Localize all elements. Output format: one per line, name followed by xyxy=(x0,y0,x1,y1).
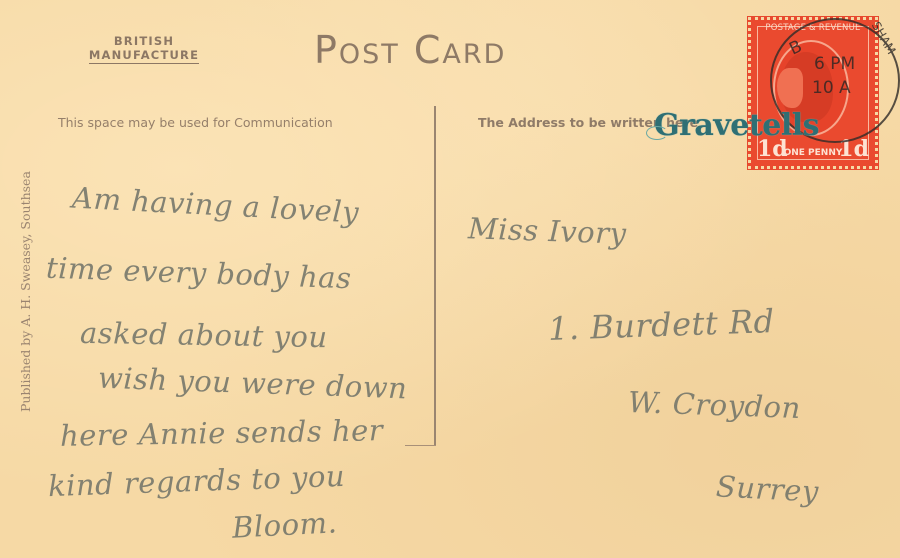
signature: Bloom. xyxy=(231,505,338,544)
brand-line-1: BRITISH xyxy=(74,34,214,48)
address-recipient: Miss Ivory xyxy=(467,211,627,251)
postmark-date: 10 A xyxy=(812,78,851,98)
message-line: asked about you xyxy=(80,316,328,354)
message-line: Am having a lovely xyxy=(71,181,360,230)
message-line: time every body has xyxy=(45,251,352,296)
communication-label: This space may be used for Communication xyxy=(58,115,333,130)
gravetells-watermark-logo: Gravetells xyxy=(654,108,819,143)
address-street: 1. Burdett Rd xyxy=(547,302,775,348)
divider-foot-line xyxy=(405,445,436,446)
message-line: wish you were down xyxy=(98,361,408,406)
postcard-back: BRITISH MANUFACTURE Post Card This space… xyxy=(0,0,900,558)
message-line: kind regards to you xyxy=(47,459,345,503)
stamp-denomination: ONE PENNY xyxy=(771,148,855,158)
post-card-title: Post Card xyxy=(314,28,506,72)
address-county: Surrey xyxy=(715,469,819,508)
center-divider-line xyxy=(434,106,436,446)
message-line: here Annie sends her xyxy=(60,413,384,453)
address-town: W. Croydon xyxy=(627,385,801,425)
publisher-credit: Published by A. H. Sweasey, Southsea xyxy=(18,107,33,412)
postmark-time: 6 PM xyxy=(814,54,855,74)
flourish-icon xyxy=(646,126,668,140)
postmark-ring-text: SHAM xyxy=(866,18,900,58)
british-manufacture-label: BRITISH MANUFACTURE xyxy=(74,34,214,64)
watermark-text: Gravetells xyxy=(654,108,819,143)
brand-line-2: MANUFACTURE xyxy=(89,48,199,64)
postmark-letter: B xyxy=(786,36,805,59)
